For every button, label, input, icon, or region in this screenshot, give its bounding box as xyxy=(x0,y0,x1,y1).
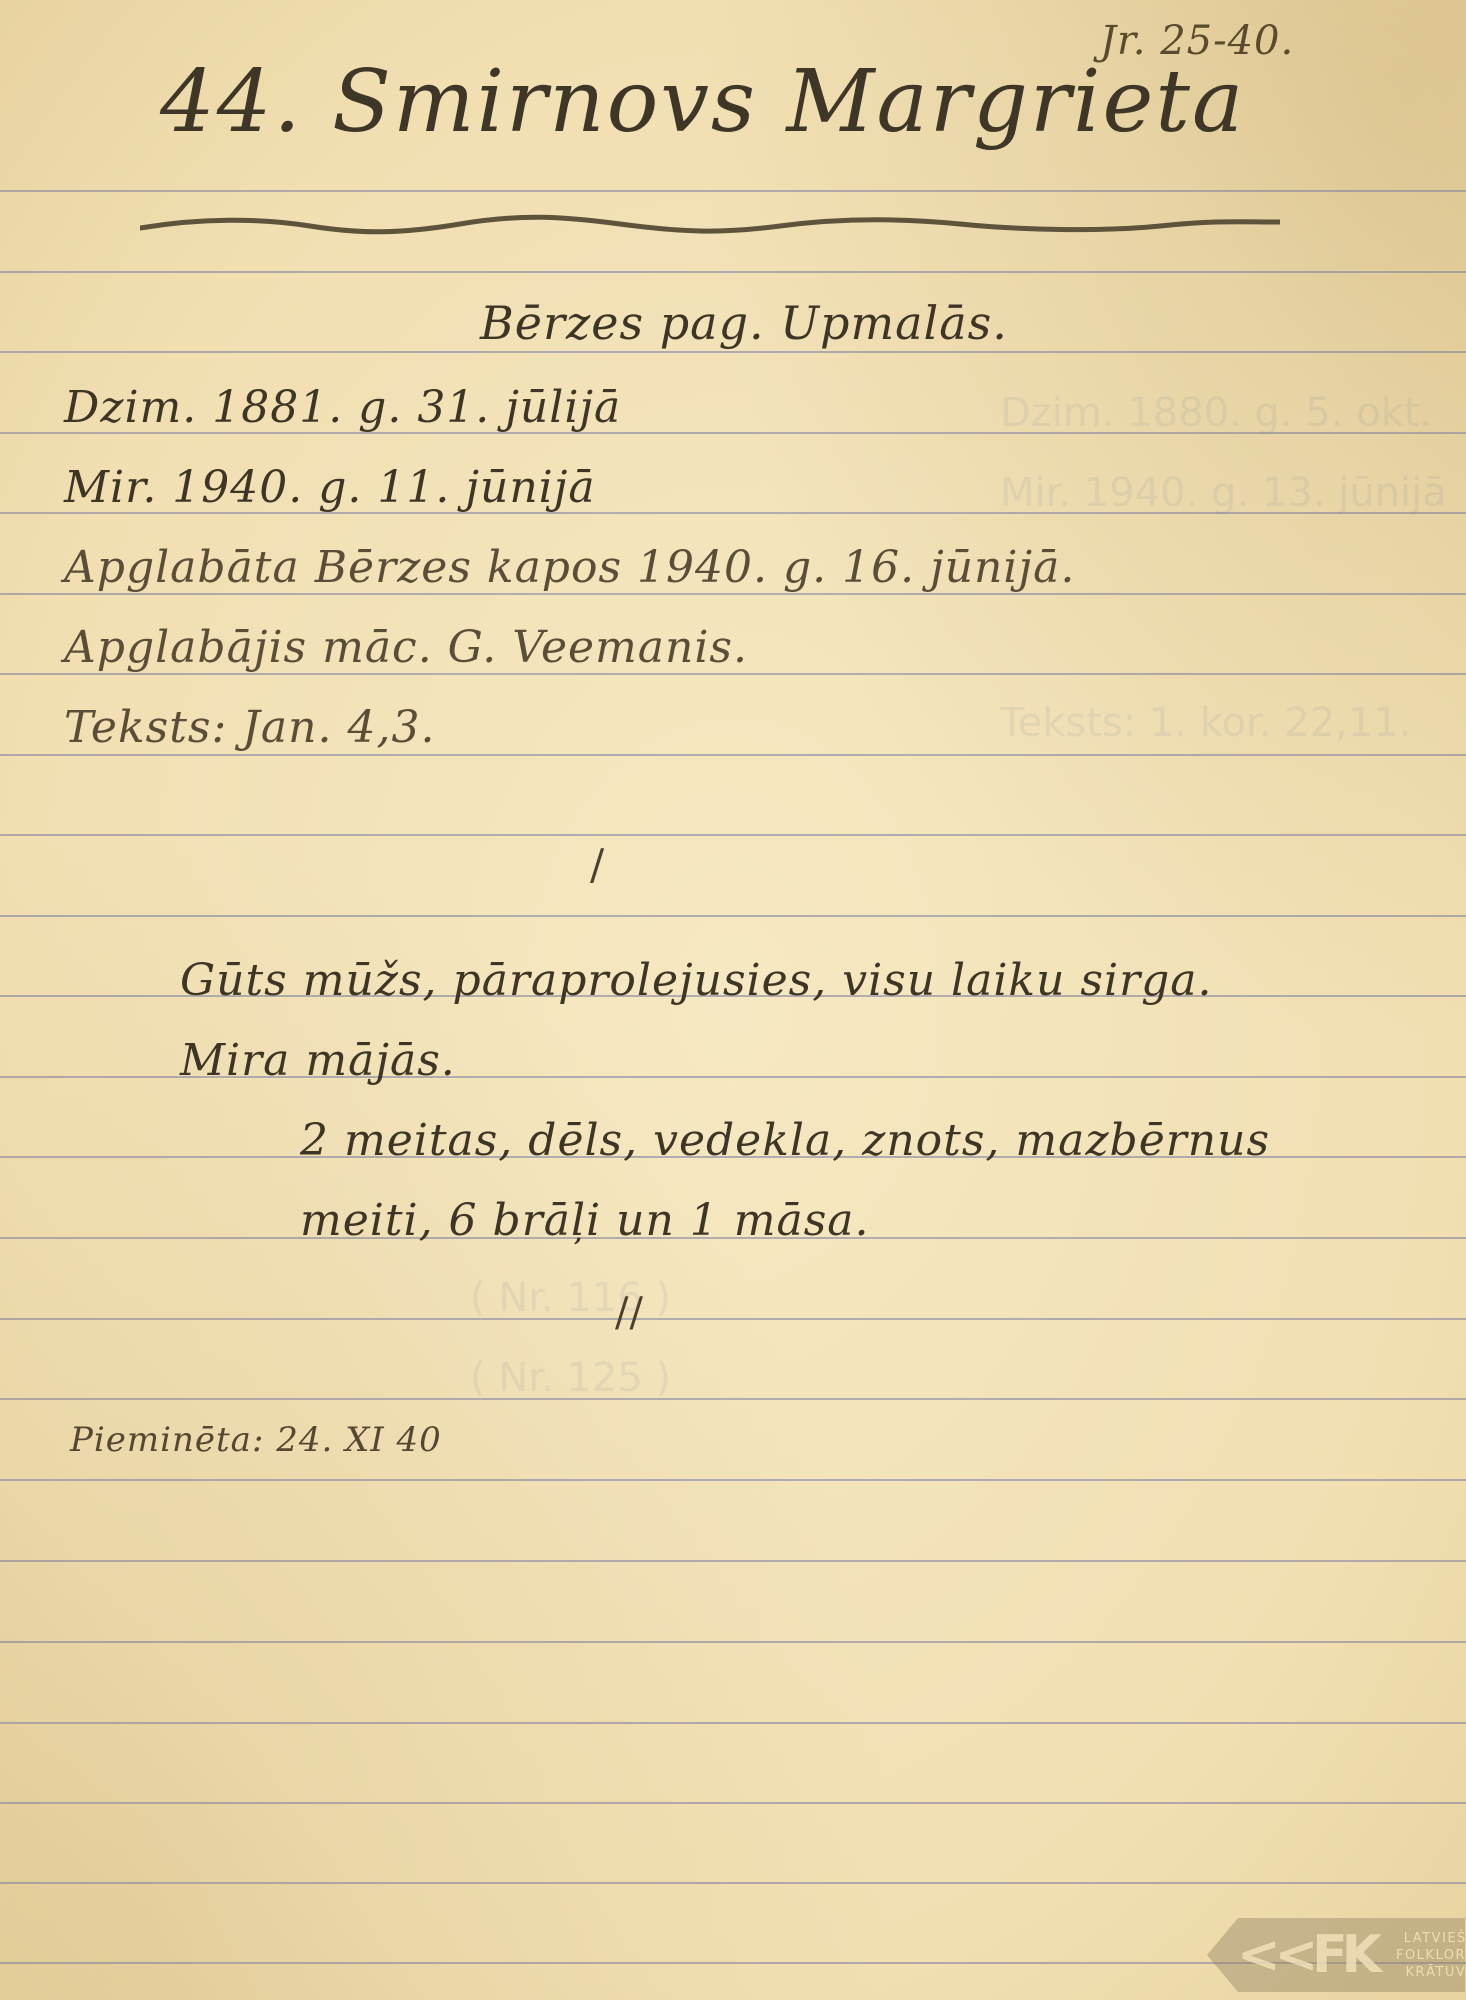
logo-mark-icon: <<FK xyxy=(1237,1925,1376,1985)
ruled-line xyxy=(0,1722,1466,1724)
death-date-line: Mir. 1940. g. 11. jūnijā xyxy=(64,462,596,513)
logo-text: LATVIEŠU FOLKLORAS KRĀTUVE xyxy=(1396,1930,1466,1981)
logo-text-line: FOLKLORAS xyxy=(1396,1947,1466,1964)
burial-line: Apglabāta Bērzes kapos 1940. g. 16. jūni… xyxy=(64,542,1075,593)
title-underline-wave xyxy=(140,210,1280,240)
ruled-line xyxy=(0,1802,1466,1804)
separator-mark: / xyxy=(590,840,605,889)
ruled-line xyxy=(0,754,1466,756)
remembrance-note: Pieminēta: 24. XI 40 xyxy=(70,1420,442,1460)
body-line: 2 meitas, dēls, vedekla, znots, mazbērnu… xyxy=(300,1115,1270,1166)
bleed-through-text: Teksts: 1. kor. 22,11. xyxy=(1000,700,1411,746)
logo-text-line: LATVIEŠU xyxy=(1396,1930,1466,1947)
ruled-line xyxy=(0,1560,1466,1562)
body-line: Gūts mūžs, pāraprolejusies, visu laiku s… xyxy=(180,955,1213,1006)
officiant-line: Apglabājis māc. G. Veemanis. xyxy=(64,622,748,673)
ruled-line xyxy=(0,673,1466,675)
bleed-through-text: Dzim. 1880. g. 5. okt. xyxy=(1000,390,1432,436)
scripture-text-line: Teksts: Jan. 4,3. xyxy=(64,702,435,753)
ruled-line xyxy=(0,271,1466,273)
body-line: meiti, 6 brāļi un 1 māsa. xyxy=(300,1195,870,1246)
ruled-line xyxy=(0,915,1466,917)
ruled-line xyxy=(0,1882,1466,1884)
page-title: 44. Smirnovs Margrieta xyxy=(160,52,1245,152)
place-heading: Bērzes pag. Upmalās. xyxy=(480,296,1008,350)
ruled-line xyxy=(0,190,1466,192)
manuscript-page: Dzim. 1880. g. 5. okt. Mir. 1940. g. 13.… xyxy=(0,0,1466,2000)
ruled-line xyxy=(0,351,1466,353)
ruled-line xyxy=(0,1641,1466,1643)
ruled-line xyxy=(0,593,1466,595)
ruled-line xyxy=(0,834,1466,836)
logo-text-line: KRĀTUVE xyxy=(1396,1964,1466,1981)
bleed-through-text: Mir. 1940. g. 13. jūnijā xyxy=(1000,470,1447,516)
ruled-line xyxy=(0,1479,1466,1481)
birth-date-line: Dzim. 1881. g. 31. jūlijā xyxy=(64,382,621,433)
ruled-line xyxy=(0,1318,1466,1320)
bleed-through-text: ( Nr. 125 ) xyxy=(470,1355,671,1401)
ruled-line xyxy=(0,1398,1466,1400)
body-line: Mira mājās. xyxy=(180,1035,456,1086)
archive-logo: <<FK LATVIEŠU FOLKLORAS KRĀTUVE xyxy=(1207,1918,1465,1992)
closing-mark: // xyxy=(615,1290,644,1336)
